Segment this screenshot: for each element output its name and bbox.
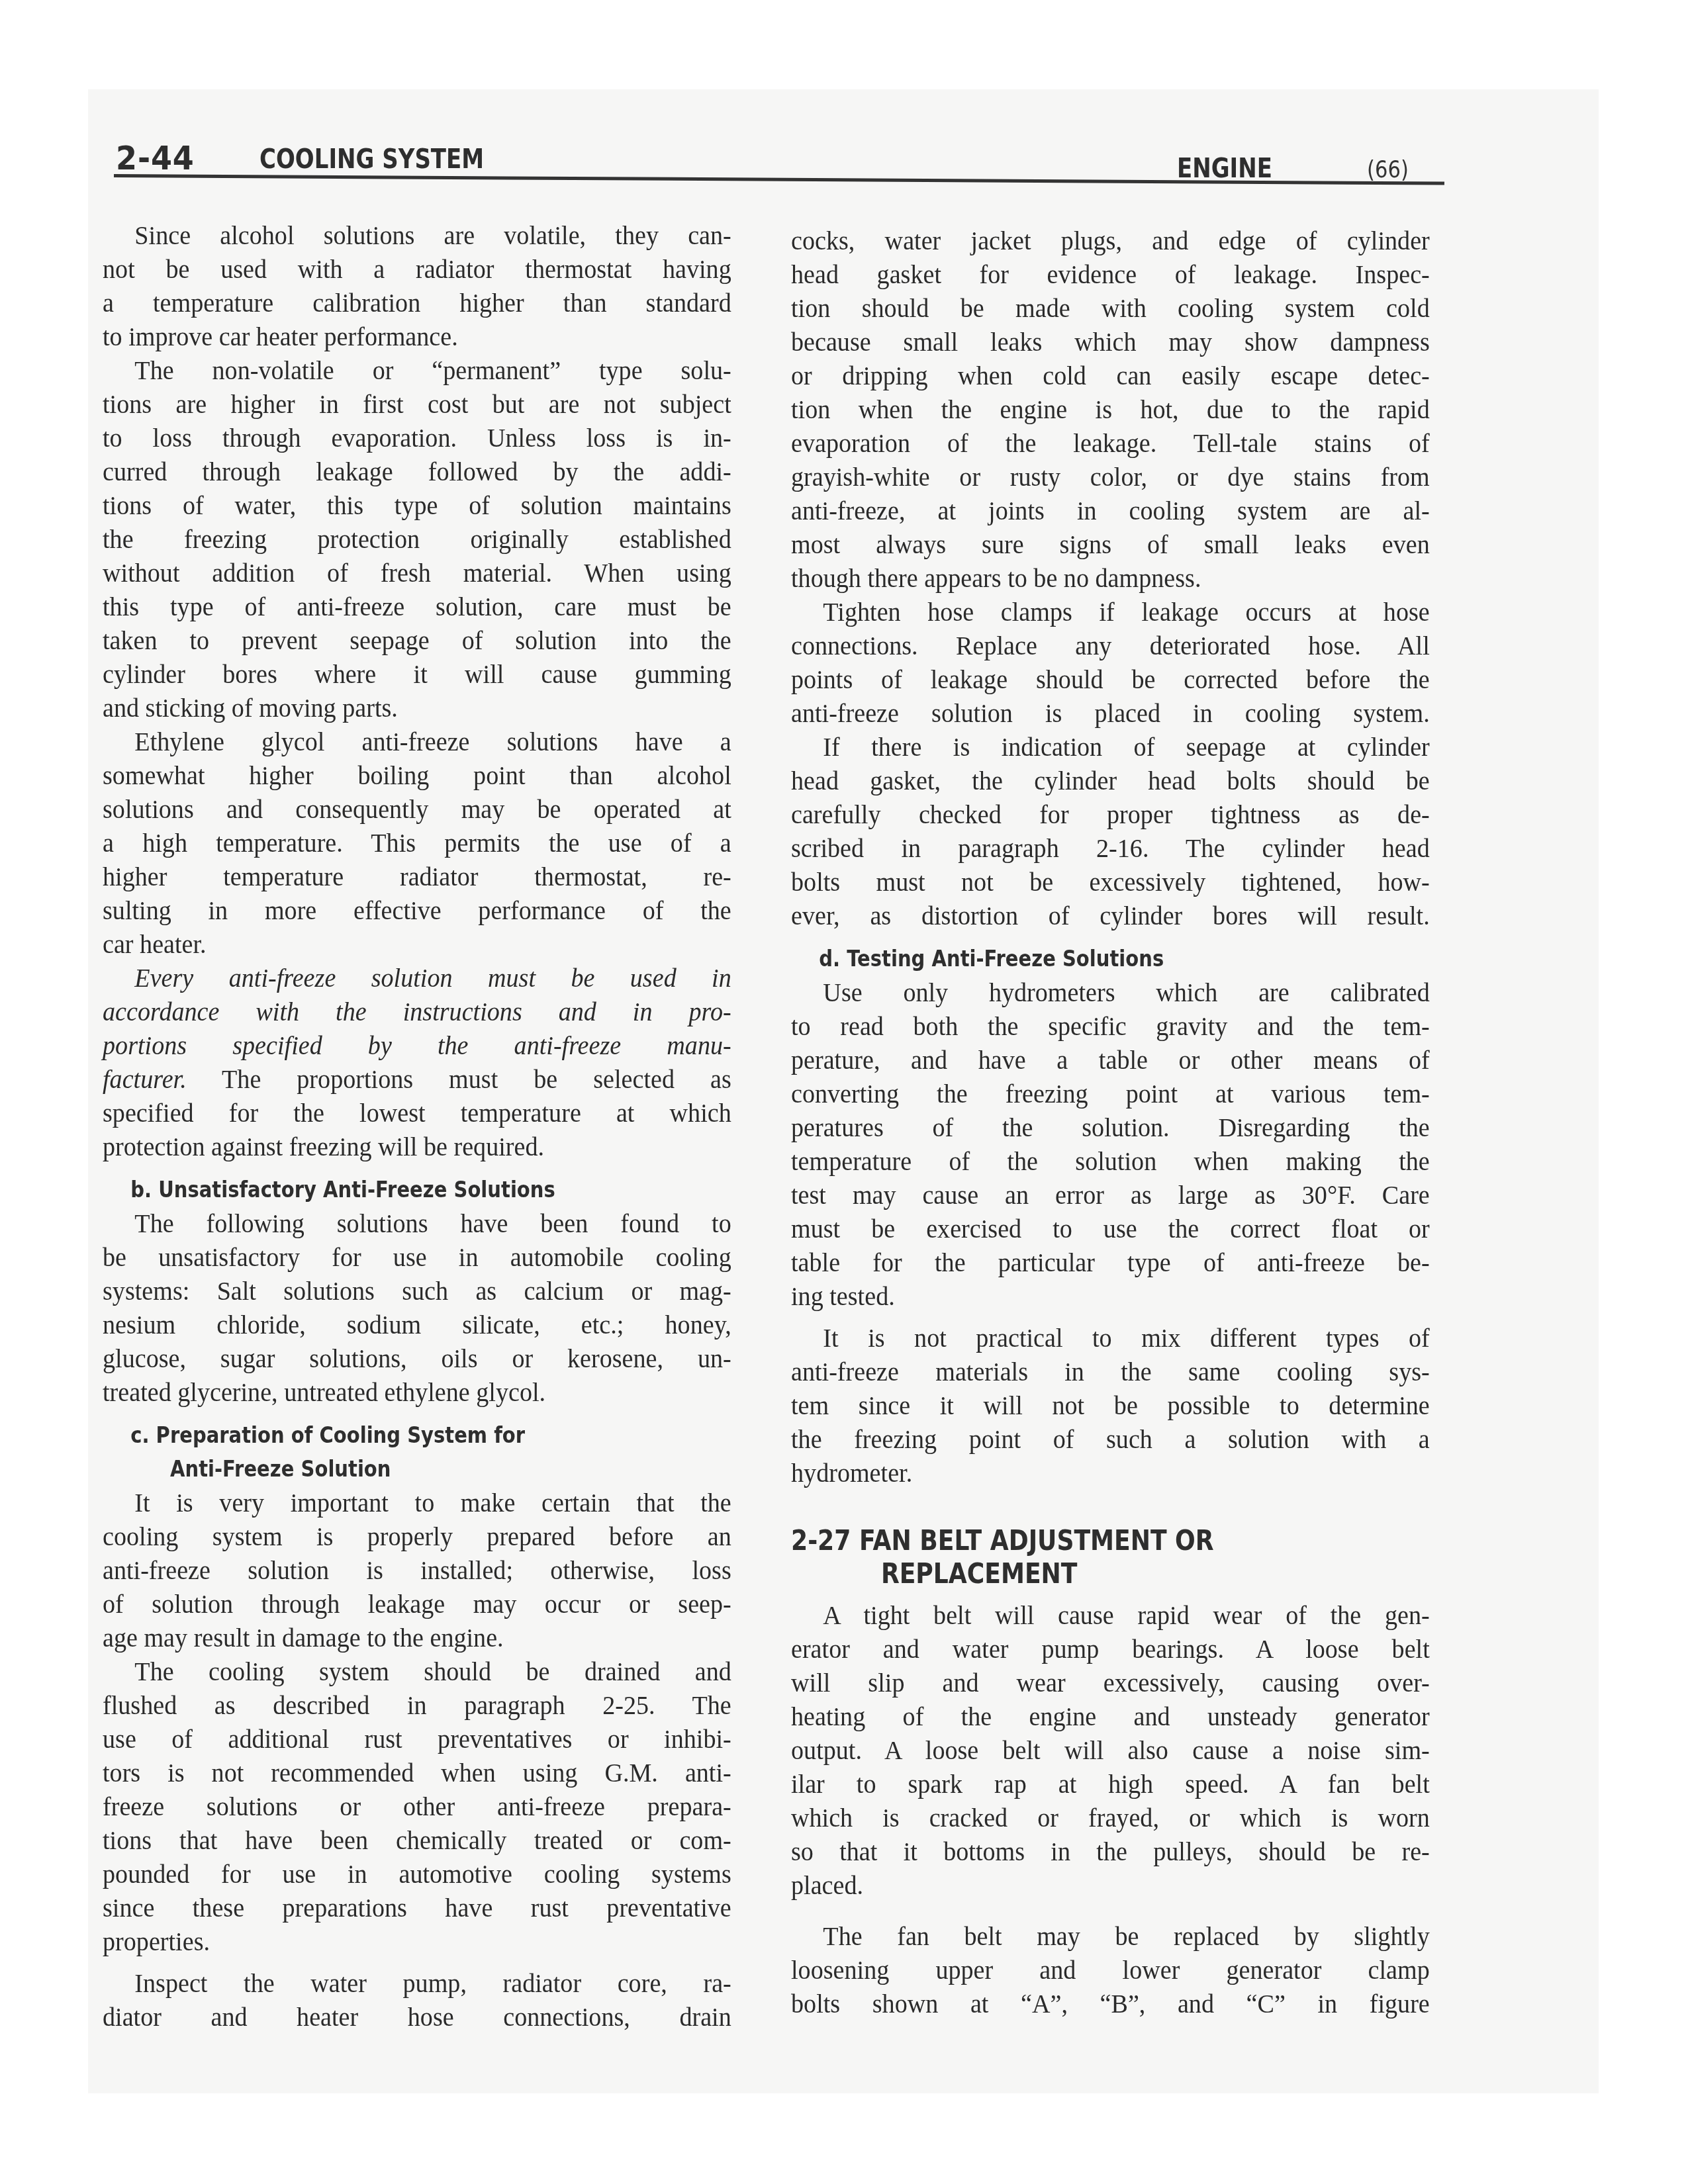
text-line: It is not practical to mix different typ…	[791, 1321, 1430, 1355]
text-line: points of leakage should be corrected be…	[791, 662, 1430, 696]
text-line: pounded for use in automotive cooling sy…	[103, 1857, 731, 1891]
text-line: protection against freezing will be requ…	[103, 1130, 731, 1163]
text-line: taken to prevent seepage of solution int…	[103, 623, 731, 657]
spacer	[791, 1507, 1430, 1524]
text-line: to improve car heater performance.	[103, 320, 731, 353]
text-line: Ethylene glycol anti-freeze solutions ha…	[103, 725, 731, 758]
text-line: or dripping when cold can easily escape …	[791, 359, 1430, 392]
text-line: Every anti-freeze solution must be used …	[103, 961, 731, 995]
spacer	[103, 1958, 731, 1966]
text-line: flushed as described in paragraph 2-25. …	[103, 1688, 731, 1722]
text-line: must be exercised to use the correct flo…	[791, 1212, 1430, 1246]
text-line: tions are higher in first cost but are n…	[103, 387, 731, 421]
subheading-preparation: c. Preparation of Cooling System for	[103, 1418, 656, 1452]
text-line: If there is indication of seepage at cyl…	[791, 730, 1430, 764]
text-line: peratures of the solution. Disregarding …	[791, 1111, 1430, 1144]
paragraph-replace-belt: The fan belt may be replaced by slightly…	[791, 1919, 1430, 2021]
italic-fragment: facturer.	[103, 1064, 187, 1094]
text-line: tem since it will not be possible to det…	[791, 1388, 1430, 1422]
text-line: head gasket, the cylinder head bolts sho…	[791, 764, 1430, 797]
text-line: without addition of fresh material. When…	[103, 556, 731, 590]
spacer	[791, 1490, 1430, 1507]
text-line: The fan belt may be replaced by slightly	[791, 1919, 1430, 1953]
text-line: tors is not recommended when using G.M. …	[103, 1756, 731, 1790]
text-line: anti-freeze solution is installed; other…	[103, 1553, 731, 1587]
text-line: to loss through evaporation. Unless loss…	[103, 421, 731, 455]
text-line: Inspect the water pump, radiator core, r…	[103, 1966, 731, 2000]
text-line: tion when the engine is hot, due to the …	[791, 392, 1430, 426]
text-line: perature, and have a table or other mean…	[791, 1043, 1430, 1077]
text-line: though there appears to be no dampness.	[791, 561, 1430, 595]
text-line: Use only hydrometers which are calibrate…	[791, 976, 1430, 1009]
text-line: car heater.	[103, 927, 731, 961]
text-line: the freezing protection originally estab…	[103, 522, 731, 556]
text-line: ing tested.	[791, 1279, 1430, 1313]
text-line: It is very important to make certain tha…	[103, 1486, 731, 1520]
text-line: will slip and wear excessively, causing …	[791, 1666, 1430, 1700]
text-line: cooling system is properly prepared befo…	[103, 1520, 731, 1553]
text-line: The cooling system should be drained and	[103, 1655, 731, 1688]
text-line: placed.	[791, 1868, 1430, 1902]
spacer	[791, 1902, 1430, 1919]
text-line: heating of the engine and unsteady gener…	[791, 1700, 1430, 1733]
right-column: cocks, water jacket plugs, and edge of c…	[791, 224, 1430, 2021]
text-line: ilar to spark rap at high speed. A fan b…	[791, 1767, 1430, 1801]
subheading-testing: d. Testing Anti-Freeze Solutions	[791, 942, 1353, 976]
text-line: grayish-white or rusty color, or dye sta…	[791, 460, 1430, 494]
subheading-preparation-cont: Anti-Freeze Solution	[103, 1452, 656, 1486]
text-line: Since alcohol solutions are volatile, th…	[103, 218, 731, 252]
text-line: to read both the specific gravity and th…	[791, 1009, 1430, 1043]
text-line: hydrometer.	[791, 1456, 1430, 1490]
text-line: solutions and consequently may be operat…	[103, 792, 731, 826]
text-line: head gasket for evidence of leakage. Ins…	[791, 257, 1430, 291]
text-line: anti-freeze solution is placed in coolin…	[791, 696, 1430, 730]
text-line: age may result in damage to the engine.	[103, 1621, 731, 1655]
section-heading-fan-belt-cont: REPLACEMENT	[791, 1557, 1340, 1590]
text-line: bolts must not be excessively tightened,…	[791, 865, 1430, 899]
text-line: a temperature calibration higher than st…	[103, 286, 731, 320]
subheading-unsatisfactory: b. Unsatisfactory Anti-Freeze Solutions	[103, 1173, 656, 1206]
paragraph-alcohol: Since alcohol solutions are volatile, th…	[103, 218, 731, 353]
text-line: systems: Salt solutions such as calcium …	[103, 1274, 731, 1308]
text-line: so that it bottoms in the pulleys, shoul…	[791, 1835, 1430, 1868]
text-line: a high temperature. This permits the use…	[103, 826, 731, 860]
section-heading-fan-belt: 2-27 FAN BELT ADJUSTMENT OR	[791, 1524, 1340, 1557]
text-line: Tighten hose clamps if leakage occurs at…	[791, 595, 1430, 629]
paragraph-permanent: The non-volatile or “permanent” type sol…	[103, 353, 731, 725]
text-line: which is cracked or frayed, or which is …	[791, 1801, 1430, 1835]
text-line: higher temperature radiator thermostat, …	[103, 860, 731, 893]
text-line: use of additional rust preventatives or …	[103, 1722, 731, 1756]
text-line: properties.	[103, 1925, 731, 1958]
paragraph-hose-clamps: Tighten hose clamps if leakage occurs at…	[791, 595, 1430, 730]
text-line: loosening upper and lower generator clam…	[791, 1953, 1430, 1987]
text-line: anti-freeze, at joints in cooling system…	[791, 494, 1430, 527]
paragraph-inspection-continued: cocks, water jacket plugs, and edge of c…	[791, 224, 1430, 595]
text-line: bolts shown at “A”, “B”, and “C” in figu…	[791, 1987, 1430, 2021]
text-line: specified for the lowest temperature at …	[103, 1096, 731, 1130]
paragraph-inspect: Inspect the water pump, radiator core, r…	[103, 1966, 731, 2034]
paragraph-tight-belt: A tight belt will cause rapid wear of th…	[791, 1598, 1430, 1902]
text-line: accordance with the instructions and in …	[103, 995, 731, 1028]
text-line: not be used with a radiator thermostat h…	[103, 252, 731, 286]
text-line: output. A loose belt will also cause a n…	[791, 1733, 1430, 1767]
text-line: cylinder bores where it will cause gummi…	[103, 657, 731, 691]
paragraph-mixing: It is not practical to mix different typ…	[791, 1321, 1430, 1490]
paragraph-ethylene-glycol: Ethylene glycol anti-freeze solutions ha…	[103, 725, 731, 961]
text-line: this type of anti-freeze solution, care …	[103, 590, 731, 623]
text-line: temperature of the solution when making …	[791, 1144, 1430, 1178]
paragraph-drain-flush: The cooling system should be drained and…	[103, 1655, 731, 1958]
text-line: because small leaks which may show dampn…	[791, 325, 1430, 359]
text-line: The following solutions have been found …	[103, 1206, 731, 1240]
text-line: erator and water pump bearings. A loose …	[791, 1632, 1430, 1666]
text-line: scribed in paragraph 2-16. The cylinder …	[791, 831, 1430, 865]
text-line: carefully checked for proper tightness a…	[791, 797, 1430, 831]
page-number: 2-44	[116, 139, 195, 177]
page-sequence: (66)	[1367, 156, 1409, 183]
spacer	[791, 1313, 1430, 1321]
spacer	[791, 1590, 1430, 1598]
text-line: sulting in more effective performance of…	[103, 893, 731, 927]
text-line: ever, as distortion of cylinder bores wi…	[791, 899, 1430, 933]
text-line: freeze solutions or other anti-freeze pr…	[103, 1790, 731, 1823]
text-line: glucose, sugar solutions, oils or kerose…	[103, 1342, 731, 1375]
roman-fragment: The proportions must be selected as	[187, 1064, 731, 1094]
text-line: diator and heater hose connections, drai…	[103, 2000, 731, 2034]
text-line: curred through leakage followed by the a…	[103, 455, 731, 488]
text-line: the freezing point of such a solution wi…	[791, 1422, 1430, 1456]
paragraph-unsatisfactory: The following solutions have been found …	[103, 1206, 731, 1409]
text-line: evaporation of the leakage. Tell-tale st…	[791, 426, 1430, 460]
text-line: tions of water, this type of solution ma…	[103, 488, 731, 522]
paragraph-preparation: It is very important to make certain tha…	[103, 1486, 731, 1655]
text-line: portions specified by the anti-freeze ma…	[103, 1028, 731, 1062]
text-line: cocks, water jacket plugs, and edge of c…	[791, 224, 1430, 257]
text-line: tions that have been chemically treated …	[103, 1823, 731, 1857]
text-line: treated glycerine, untreated ethylene gl…	[103, 1375, 731, 1409]
text-line: anti-freeze materials in the same coolin…	[791, 1355, 1430, 1388]
text-line: somewhat higher boiling point than alcoh…	[103, 758, 731, 792]
text-line: nesium chloride, sodium silicate, etc.; …	[103, 1308, 731, 1342]
text-line: converting the freezing point at various…	[791, 1077, 1430, 1111]
text-line: The non-volatile or “permanent” type sol…	[103, 353, 731, 387]
text-line: test may cause an error as large as 30°F…	[791, 1178, 1430, 1212]
paragraph-head-gasket: If there is indication of seepage at cyl…	[791, 730, 1430, 933]
text-line: A tight belt will cause rapid wear of th…	[791, 1598, 1430, 1632]
paragraph-hydrometers: Use only hydrometers which are calibrate…	[791, 976, 1430, 1313]
paragraph-manufacturer-note: Every anti-freeze solution must be used …	[103, 961, 731, 1163]
text-line: and sticking of moving parts.	[103, 691, 731, 725]
text-line: connections. Replace any deteriorated ho…	[791, 629, 1430, 662]
text-line: facturer. The proportions must be select…	[103, 1062, 731, 1096]
text-line: of solution through leakage may occur or…	[103, 1587, 731, 1621]
chapter-title: ENGINE	[1177, 154, 1272, 184]
text-line: table for the particular type of anti-fr…	[791, 1246, 1430, 1279]
left-column: Since alcohol solutions are volatile, th…	[103, 218, 731, 2034]
text-line: tion should be made with cooling system …	[791, 291, 1430, 325]
text-line: most always sure signs of small leaks ev…	[791, 527, 1430, 561]
section-title: COOLING SYSTEM	[259, 144, 484, 175]
text-line: since these preparations have rust preve…	[103, 1891, 731, 1925]
text-line: be unsatisfactory for use in automobile …	[103, 1240, 731, 1274]
